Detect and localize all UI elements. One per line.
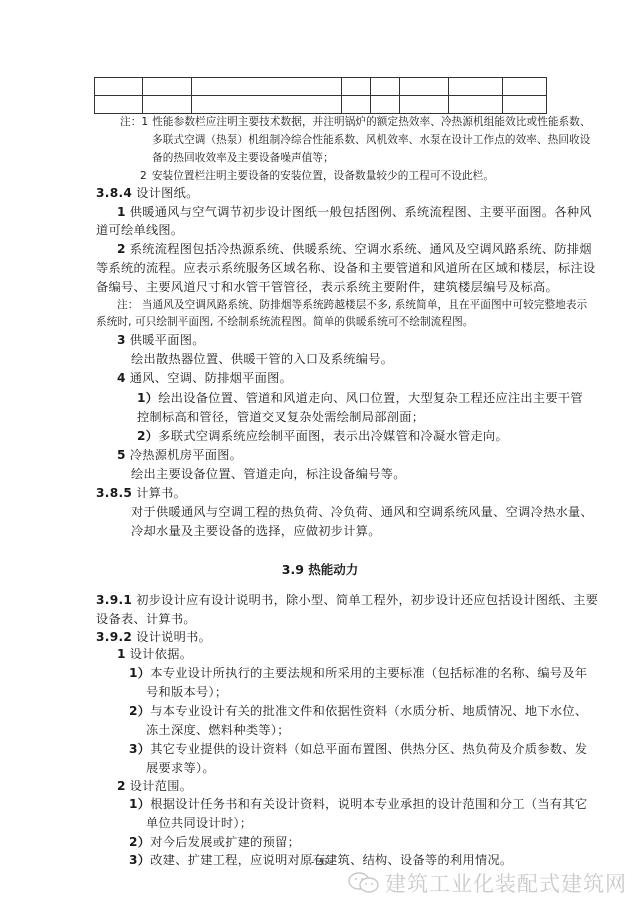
para-number: 2: [117, 242, 126, 256]
item-text: 多联式空调系统应绘制平面图，表示出冷媒管和冷凝水管走向。: [158, 429, 508, 443]
table-cell: [449, 96, 503, 114]
para-4-item-1-line2: 控制标高和管径，管道交叉复杂处需绘制局部剖面；: [137, 410, 424, 424]
item-text: 对今后发展或扩建的预留；: [150, 835, 300, 849]
table-cell: [342, 78, 371, 96]
section-3-8-5-line2: 冷却水量及主要设备的选择，应做初步计算。: [131, 524, 381, 538]
table-note-1-line3: 备的热回收效率及主要设备噪声值等；: [152, 151, 334, 165]
item-number: 1）: [129, 797, 150, 811]
item-number: 1）: [129, 666, 150, 680]
section-3-9-1: 3.9.1初步设计应有设计说明书，除小型、简单工程外，初步设计还应包括设计图纸、…: [96, 593, 598, 607]
flow-note-line2: 系统时, 可只绘制平面图, 不绘制系统流程图。简单的供暖系统可不绘制流程图。: [96, 315, 473, 329]
table-cell: [192, 96, 342, 114]
para-number: 5: [117, 448, 126, 462]
para-number: 1: [117, 205, 126, 219]
item-number: 3）: [129, 853, 150, 867]
para-title: 冷热源机房平面图。: [130, 448, 242, 462]
table-note-1: 注：1性能参数栏应注明主要技术数据，并注明锅炉的额定热效率、冷热源机组能效比或性…: [120, 115, 591, 129]
para-text: 供暖通风与空气调节初步设计图纸一般包括图例、系统流程图、主要平面图。各种风: [130, 205, 592, 219]
design-scope: 2设计范围。: [117, 779, 192, 793]
para-number: 4: [117, 371, 126, 385]
table-cell: [371, 78, 400, 96]
section-text: 初步设计应有设计说明书，除小型、简单工程外，初步设计还应包括设计图纸、主要: [136, 593, 598, 607]
table-note-1-line2: 多联式空调（热泵）机组制冷综合性能系数、风机效率、水泵在设计工作点的效率、热回收…: [152, 133, 590, 147]
note-number: 1: [141, 116, 148, 128]
item-number: 2）: [129, 835, 150, 849]
design-basis-item-1: 1）本专业设计所执行的主要法规和所采用的主要标准（包括标准的名称、编号及年: [129, 666, 587, 680]
para-number: 2: [117, 779, 126, 793]
para-2-line3: 备编号、主要风道尺寸和水管干管管径，表示系统主要附件，建筑楼层编号及标高。: [96, 280, 558, 294]
design-basis: 1设计依据。: [117, 647, 192, 661]
para-1: 1供暖通风与空气调节初步设计图纸一般包括图例、系统流程图、主要平面图。各种风: [117, 205, 592, 219]
table-cell: [143, 78, 192, 96]
para-title: 供暖平面图。: [130, 333, 205, 347]
document-page: 注：1性能参数栏应注明主要技术数据，并注明锅炉的额定热效率、冷热源机组能效比或性…: [0, 0, 640, 905]
section-3-8-5-line1: 对于供暖通风与空调工程的热负荷、冷负荷、通风和空调系统风量、空调冷热水量、: [131, 505, 593, 519]
note-number: 2: [140, 170, 147, 182]
section-title: 设计说明书。: [136, 630, 211, 644]
para-title: 设计依据。: [130, 647, 192, 661]
item-text: 本专业设计所执行的主要法规和所采用的主要标准（包括标准的名称、编号及年: [150, 666, 587, 680]
table-cell: [342, 96, 371, 114]
para-3-body: 绘出散热器位置、供暖干管的入口及系统编号。: [131, 352, 393, 366]
item-number: 1）: [137, 391, 158, 405]
table-cell: [503, 78, 547, 96]
para-title: 通风、空调、防排烟平面图。: [130, 371, 292, 385]
section-3-8-5-heading: 3.8.5计算书。: [96, 486, 186, 500]
section-3-9-1-line2: 设备表、计算书。: [96, 612, 196, 626]
design-basis-item-1-line2: 号和版本号）；: [146, 685, 227, 699]
table-cell: [192, 78, 342, 96]
flow-note-line1: 注： 当通风及空调风路系统、防排烟等系统跨越楼层不多, 系统简单，且在平面图中可…: [117, 298, 587, 312]
para-2: 2系统流程图包括冷热源系统、供暖系统、空调水系统、通风及空调风路系统、防排烟: [117, 242, 592, 256]
para-1-line2: 道可绘单线图。: [96, 223, 183, 237]
design-basis-item-2: 2）与本专业设计有关的批准文件和依据性资料（水质分析、地质情况、地下水位、: [129, 704, 587, 718]
design-scope-item-2: 2）对今后发展或扩建的预留；: [129, 835, 300, 849]
design-basis-item-3-line2: 展要求等）。: [146, 761, 215, 775]
item-number: 2）: [129, 704, 150, 718]
para-4: 4通风、空调、防排烟平面图。: [117, 371, 292, 385]
section-3-9-2-heading: 3.9.2设计说明书。: [96, 630, 211, 644]
design-basis-item-3: 3）其它专业提供的设计资料（如总平面布置图、供热分区、热负荷及介质参数、发: [129, 742, 587, 756]
design-basis-item-2-line2: 冻土深度、燃料种类等）；: [146, 723, 290, 737]
table-row: [95, 96, 547, 114]
note-prefix: 注：: [120, 116, 141, 128]
watermark-text: 建筑工业化装配式建筑网: [385, 868, 627, 898]
watermark: 建筑工业化装配式建筑网: [347, 868, 627, 898]
section-number: 3.9.2: [96, 630, 132, 644]
section-title: 计算书。: [136, 486, 186, 500]
chapter-heading: 3.9 热能动力: [0, 560, 640, 578]
equipment-table: [94, 77, 547, 114]
para-number: 3: [117, 333, 126, 347]
section-number: 3.8.4: [96, 186, 132, 200]
table-cell: [503, 96, 547, 114]
section-3-8-4-heading: 3.8.4设计图纸。: [96, 186, 199, 200]
para-2-line2: 等系统的流程。应表示系统服务区域名称、设备和主要管道和风道所在区域和楼层，标注设: [96, 261, 596, 275]
item-number: 3）: [129, 742, 150, 756]
design-scope-item-1: 1）根据设计任务书和有关设计资料，说明本专业承担的设计范围和分工（当有其它: [129, 797, 587, 811]
para-5: 5冷热源机房平面图。: [117, 448, 242, 462]
note-text: 性能参数栏应注明主要技术数据，并注明锅炉的额定热效率、冷热源机组能效比或性能系数…: [152, 116, 590, 128]
para-4-item-2: 2）多联式空调系统应绘制平面图，表示出冷媒管和冷凝水管走向。: [137, 429, 508, 443]
table-cell: [95, 78, 143, 96]
table-note-2: 2安装位置栏注明主要设备的安装位置，设备数量较少的工程可不设此栏。: [140, 169, 494, 183]
section-number: 3.9.1: [96, 593, 132, 607]
table-cell: [449, 78, 503, 96]
item-number: 2）: [137, 429, 158, 443]
section-number: 3.8.5: [96, 486, 132, 500]
table-cell: [143, 96, 192, 114]
item-text: 根据设计任务书和有关设计资料，说明本专业承担的设计范围和分工（当有其它: [150, 797, 587, 811]
para-text: 系统流程图包括冷热源系统、供暖系统、空调水系统、通风及空调风路系统、防排烟: [130, 242, 592, 256]
table-row: [95, 78, 547, 96]
para-4-item-1: 1）绘出设备位置、管道和风道走向、风口位置，大型复杂工程还应注出主要干管: [137, 391, 583, 405]
table-cell: [95, 96, 143, 114]
wechat-icon: [347, 871, 381, 895]
design-scope-item-1-line2: 单位共同设计时）；: [146, 816, 252, 830]
para-3: 3供暖平面图。: [117, 333, 205, 347]
page-number: - 26 -: [311, 857, 333, 868]
table-cell: [400, 96, 449, 114]
note-text: 安装位置栏注明主要设备的安装位置，设备数量较少的工程可不设此栏。: [152, 170, 494, 182]
section-title: 设计图纸。: [136, 186, 198, 200]
table-cell: [371, 96, 400, 114]
item-text: 其它专业提供的设计资料（如总平面布置图、供热分区、热负荷及介质参数、发: [150, 742, 587, 756]
para-title: 设计范围。: [130, 779, 192, 793]
table-cell: [400, 78, 449, 96]
item-text: 与本专业设计有关的批准文件和依据性资料（水质分析、地质情况、地下水位、: [150, 704, 587, 718]
item-text: 绘出设备位置、管道和风道走向、风口位置，大型复杂工程还应注出主要干管: [158, 391, 583, 405]
para-5-body: 绘出主要设备位置、管道走向，标注设备编号等。: [131, 467, 406, 481]
para-number: 1: [117, 647, 126, 661]
